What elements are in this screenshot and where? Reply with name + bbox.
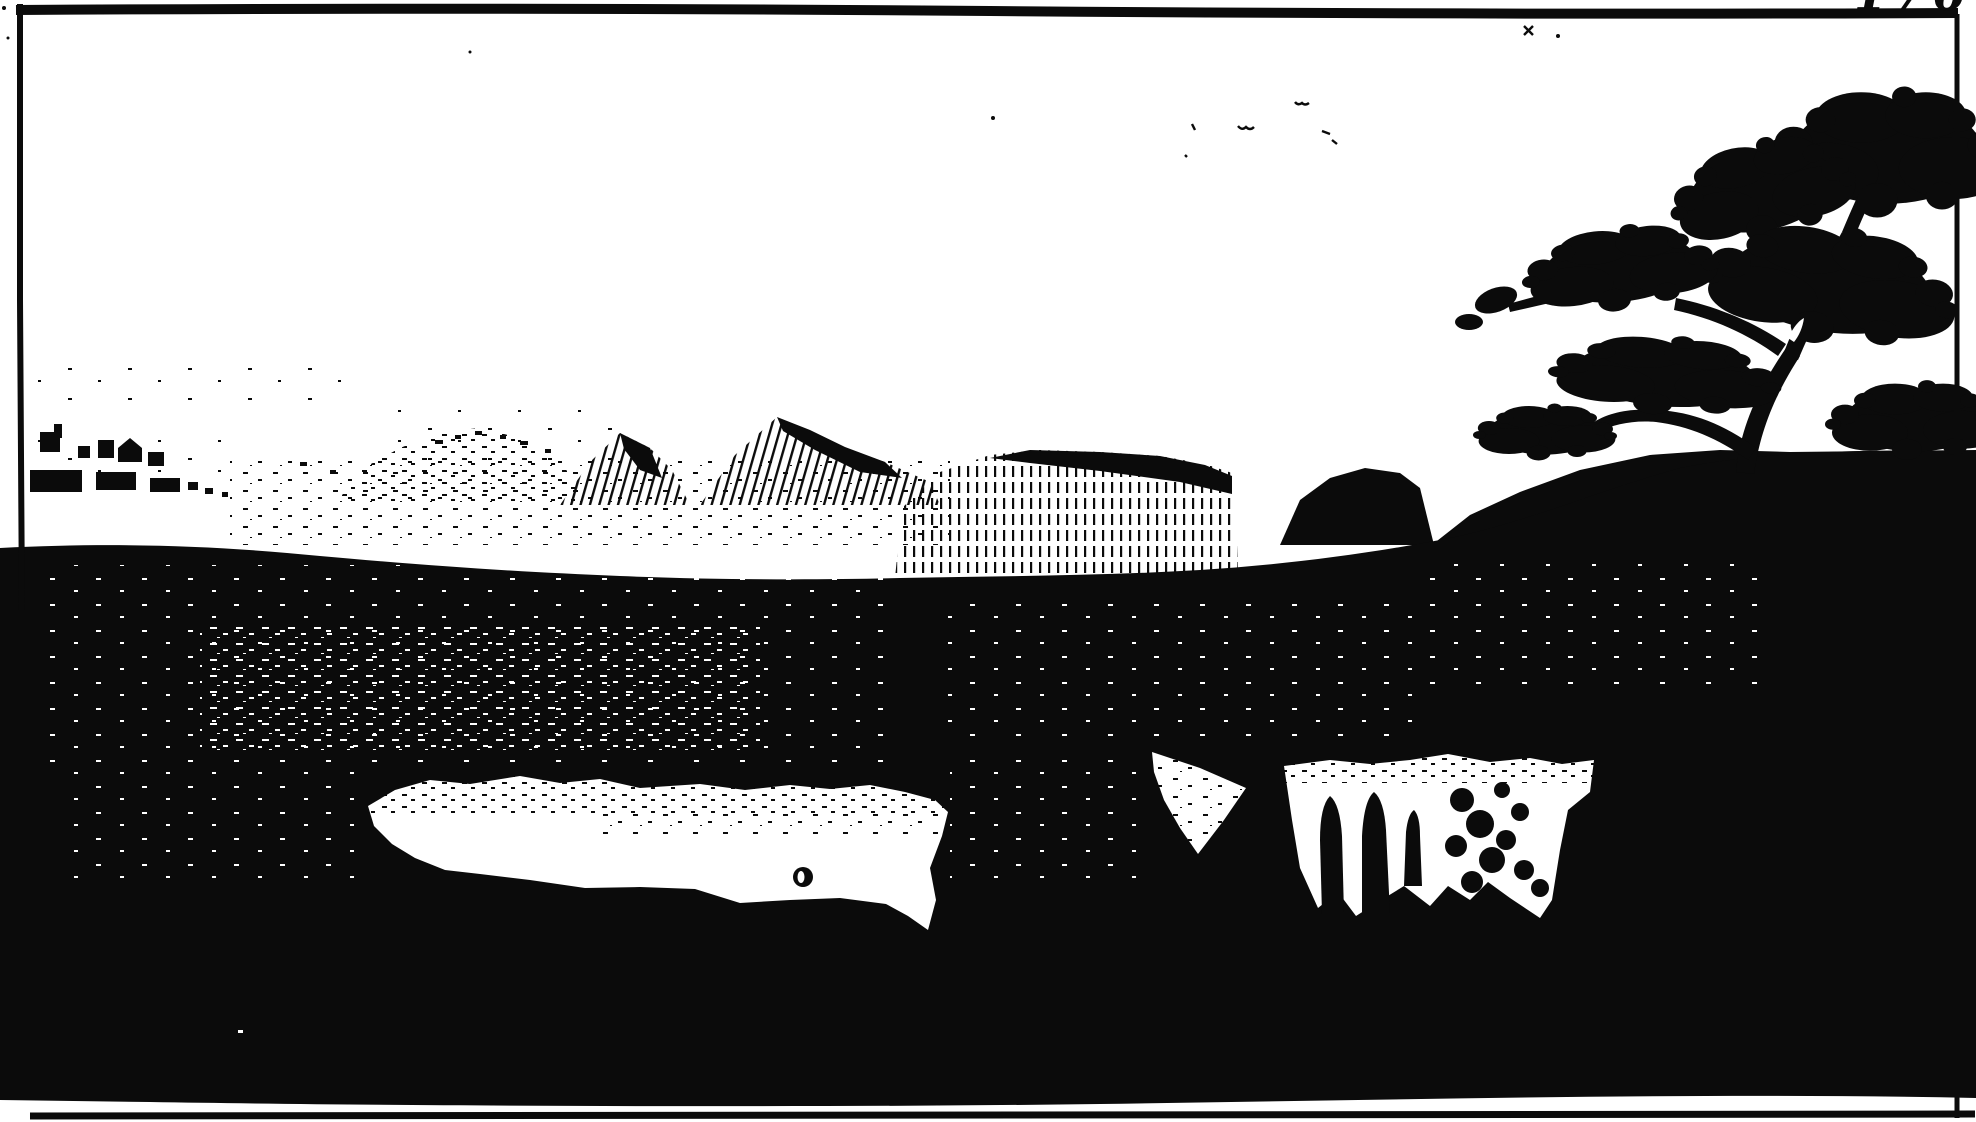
plate-number: 176 bbox=[1852, 0, 1972, 13]
border-left bbox=[20, 4, 22, 610]
ring-mark-hole bbox=[798, 871, 805, 883]
landscape-engraving bbox=[0, 0, 1976, 1122]
border-bottom bbox=[30, 1114, 1975, 1116]
clearing-left-ragged-edge bbox=[370, 775, 945, 817]
engraving-plate: 176 bbox=[0, 0, 1976, 1122]
clearing-right-ragged-edge bbox=[1282, 755, 1594, 783]
clearing-right bbox=[1282, 754, 1594, 918]
clearing-left-flecks bbox=[600, 812, 940, 836]
plate-number-text: 176 bbox=[1852, 0, 1972, 13]
clearing-triangle bbox=[1150, 752, 1250, 855]
border-top bbox=[16, 9, 1958, 14]
